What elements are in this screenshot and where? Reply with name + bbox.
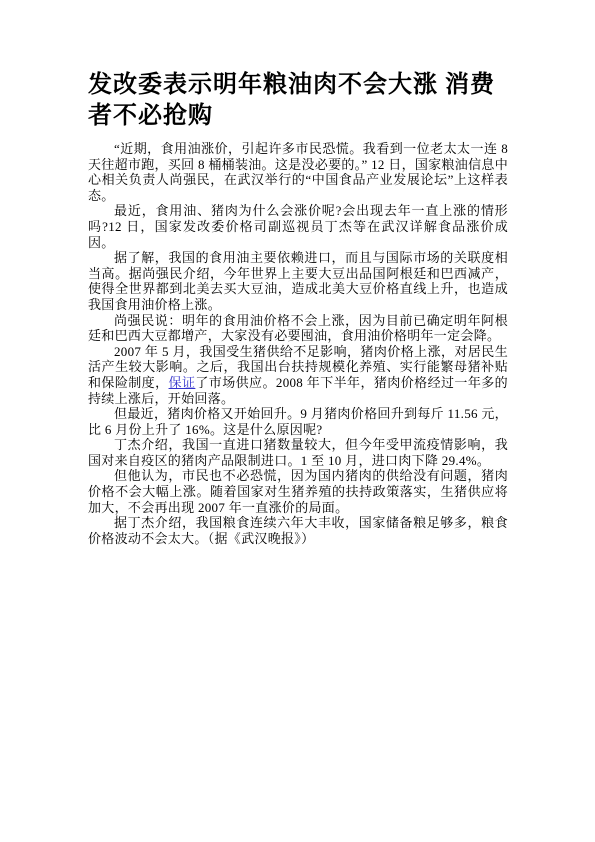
paragraph-4: 尚强民说：明年的食用油价格不会上涨，因为目前已确定明年阿根廷和巴西大豆都增产，大…: [88, 313, 508, 344]
paragraph-2: 最近，食用油、猪肉为什么会涨价呢?会出现去年一直上涨的情形吗?12 日，国家发改…: [88, 203, 508, 250]
paragraph-8: 但他认为，市民也不必恐慌，因为国内猪肉的供给没有问题，猪肉价格不会大幅上涨。随着…: [88, 468, 508, 515]
baozheng-hyperlink[interactable]: 保证: [169, 375, 196, 390]
paragraph-9: 据丁杰介绍，我国粮食连续六年大丰收，国家储备粮足够多，粮食价格波动不会太大。（据…: [88, 515, 508, 546]
article-title: 发改委表示明年粮油肉不会大涨 消费者不必抢购: [88, 70, 508, 132]
paragraph-3: 据了解，我国的食用油主要依赖进口，而且与国际市场的关联度相当高。据尚强民介绍，今…: [88, 250, 508, 312]
paragraph-5: 2007 年 5 月，我国受生猪供给不足影响，猪肉价格上涨，对居民生活产生较大影…: [88, 344, 508, 406]
paragraph-6: 但最近，猪肉价格又开始回升。9 月猪肉价格回升到每斤 11.56 元，比 6 月…: [88, 406, 508, 437]
article-body: “近期，食用油涨价，引起许多市民恐慌。我看到一位老太太一连 8 天往超市跑，买回…: [88, 141, 508, 546]
paragraph-7: 丁杰介绍，我国一直进口猪数量较大，但今年受甲流疫情影响，我国对来自疫区的猪肉产品…: [88, 437, 508, 468]
paragraph-1: “近期，食用油涨价，引起许多市民恐慌。我看到一位老太太一连 8 天往超市跑，买回…: [88, 141, 508, 203]
document-page: 发改委表示明年粮油肉不会大涨 消费者不必抢购 “近期，食用油涨价，引起许多市民恐…: [0, 0, 595, 842]
